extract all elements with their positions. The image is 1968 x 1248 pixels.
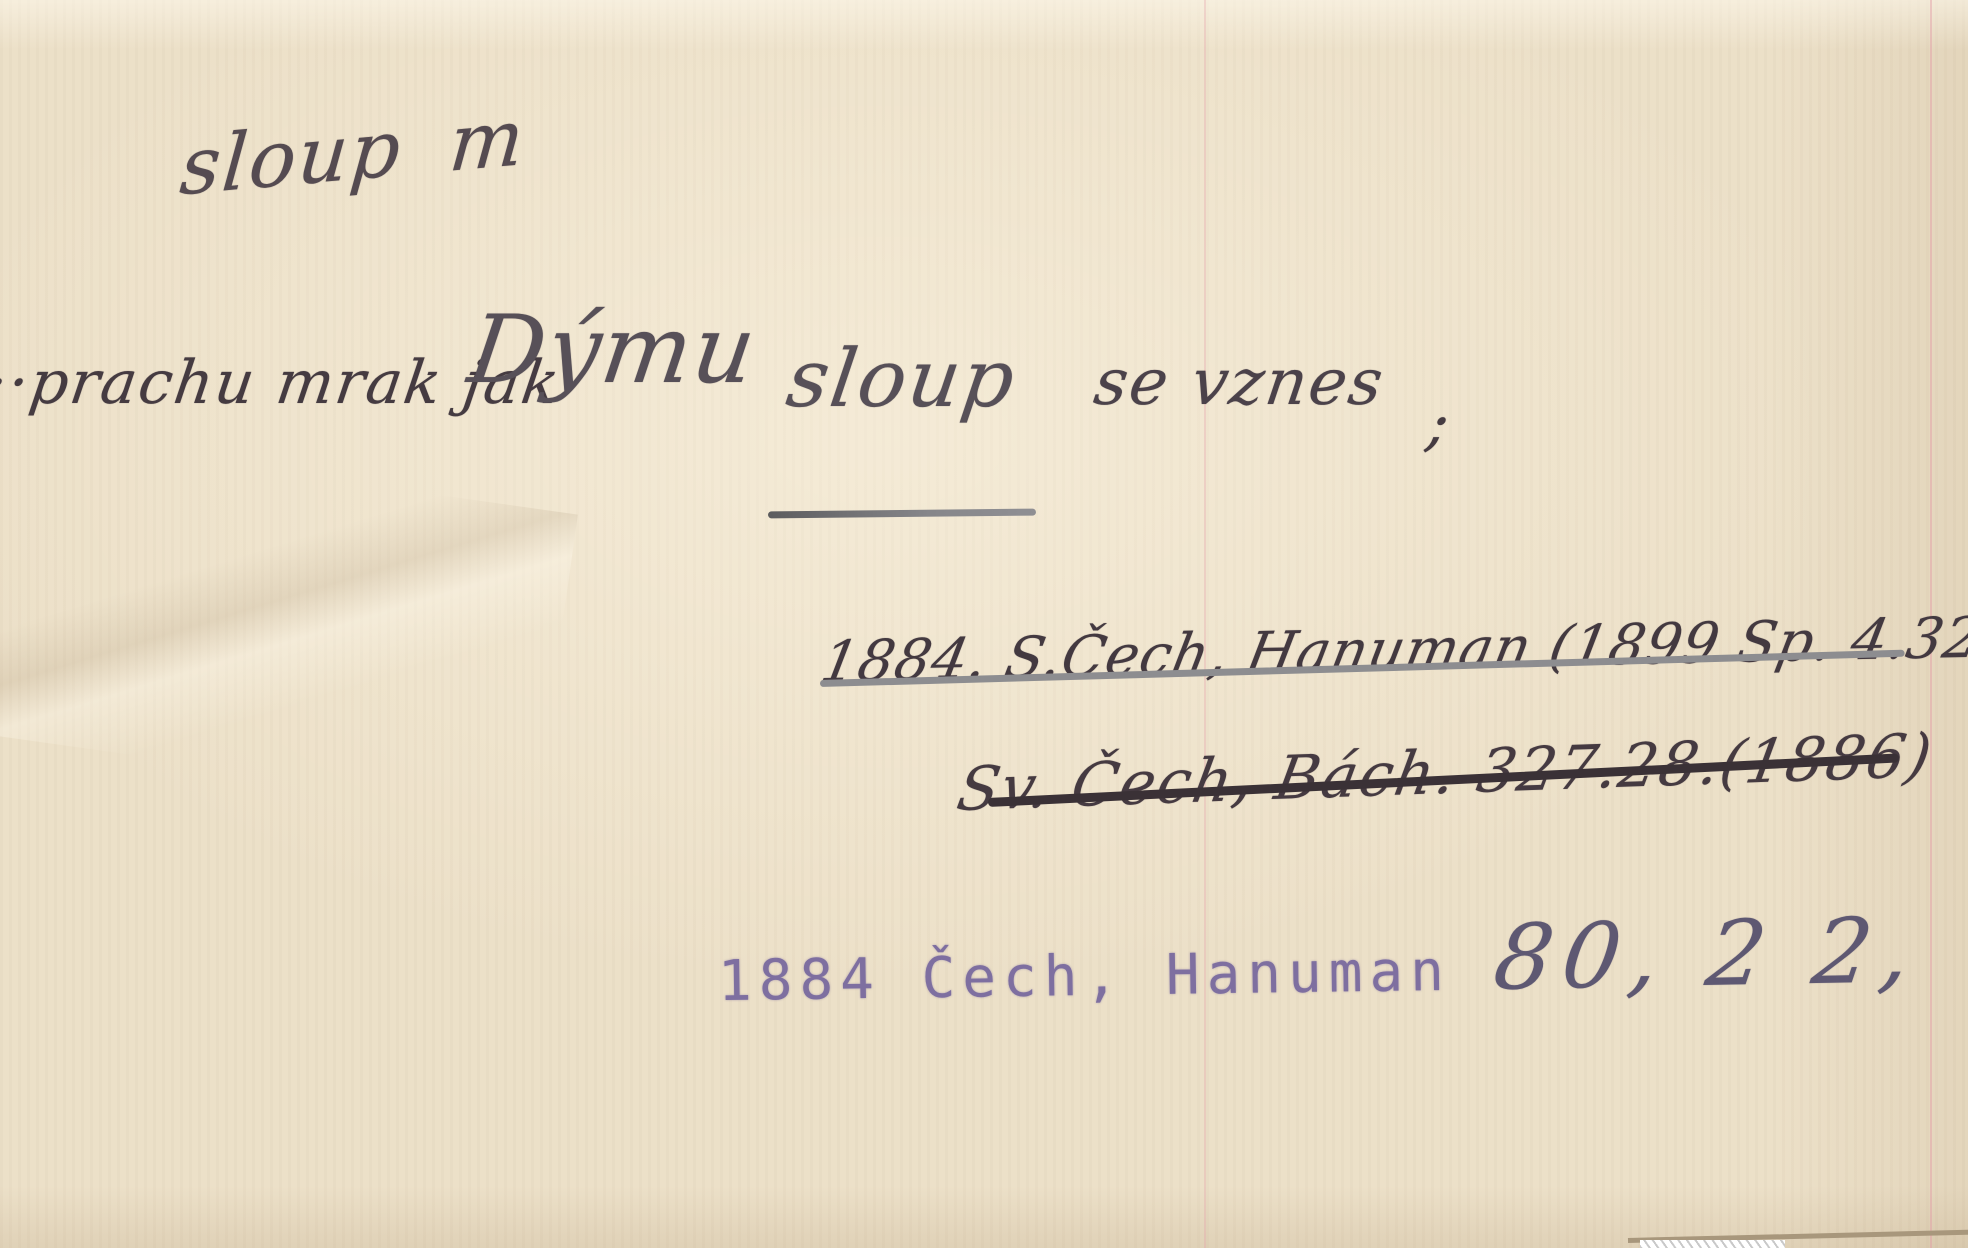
page-reference-handwritten: 80, 2 2, [1488,898,1927,1010]
gender-abbreviation: m [446,92,530,190]
paper-crease [0,428,578,811]
scanner-backing [1640,1240,1785,1248]
headword-text: sloup [177,103,406,213]
quote-underlined-word: sloup [781,332,1022,425]
scanned-index-card: sloupm ··prachu mrak jak Dýmu sloup se v… [0,0,1968,1248]
quote-emphasis: Dýmu [462,296,763,405]
quote-tail: se vznes [1090,346,1389,420]
quote-punctuation: ; [1423,386,1456,459]
headword-line: sloupm [177,92,530,213]
citation-stamp: 1884 Čech, Hanuman [718,939,1452,1014]
citation-crossed-out-2: Sv. Čech, Bách. 327.28.(1886) [952,721,1938,825]
underline-mark [768,509,1036,519]
